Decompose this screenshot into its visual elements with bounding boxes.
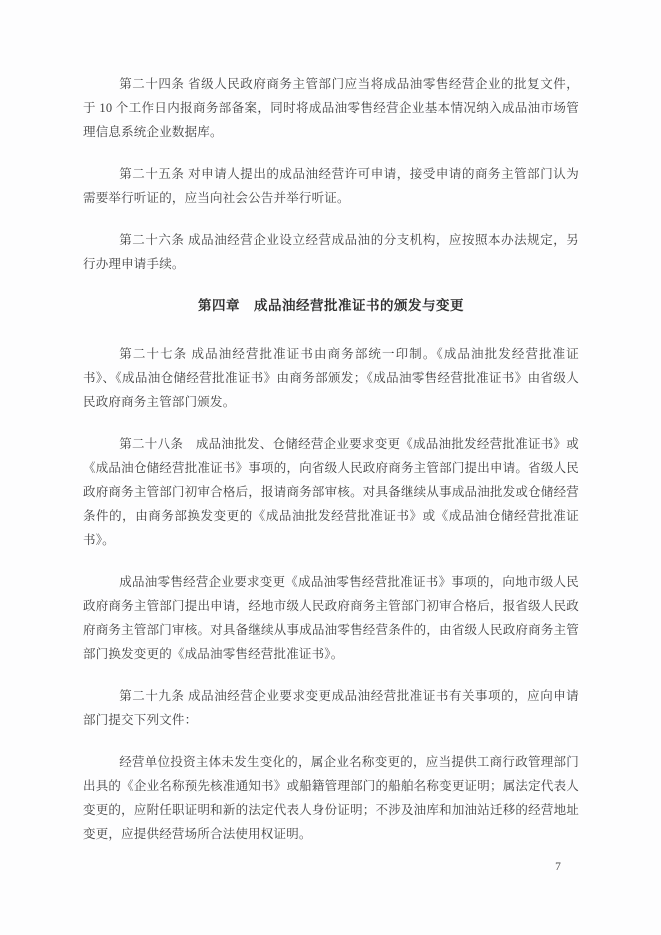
document-page: 第二十四条 省级人民政府商务主管部门应当将成品油零售经营企业的批复文件，于 10… xyxy=(0,0,661,935)
page-number: 7 xyxy=(548,861,568,873)
paragraph-article-28: 第二十八条 成品油批发、仓储经营企业要求变更《成品油批发经营批准证书》或《成品油… xyxy=(83,432,579,552)
paragraph-article-28-retail: 成品油零售经营企业要求变更《成品油零售经营批准证书》事项的，向地市级人民政府商务… xyxy=(83,570,579,666)
paragraph-article-29-documents: 经营单位投资主体未发生变化的，属企业名称变更的，应当提供工商行政管理部门出具的《… xyxy=(83,750,579,846)
paragraph-article-26: 第二十六条 成品油经营企业设立经营成品油的分支机构，应按照本办法规定，另行办理申… xyxy=(83,228,579,276)
paragraph-article-25: 第二十五条 对申请人提出的成品油经营许可申请，接受申请的商务主管部门认为需要举行… xyxy=(83,162,579,210)
paragraph-article-29: 第二十九条 成品油经营企业要求变更成品油经营批准证书有关事项的，应向申请部门提交… xyxy=(83,684,579,732)
document-body: 第二十四条 省级人民政府商务主管部门应当将成品油零售经营企业的批复文件，于 10… xyxy=(83,72,579,846)
paragraph-article-27: 第二十七条 成品油经营批准证书由商务部统一印制。《成品油批发经营批准证书》、《成… xyxy=(83,342,579,414)
paragraph-article-24: 第二十四条 省级人民政府商务主管部门应当将成品油零售经营企业的批复文件，于 10… xyxy=(83,72,579,144)
chapter-heading: 第四章 成品油经营批准证书的颁发与变更 xyxy=(83,294,579,318)
